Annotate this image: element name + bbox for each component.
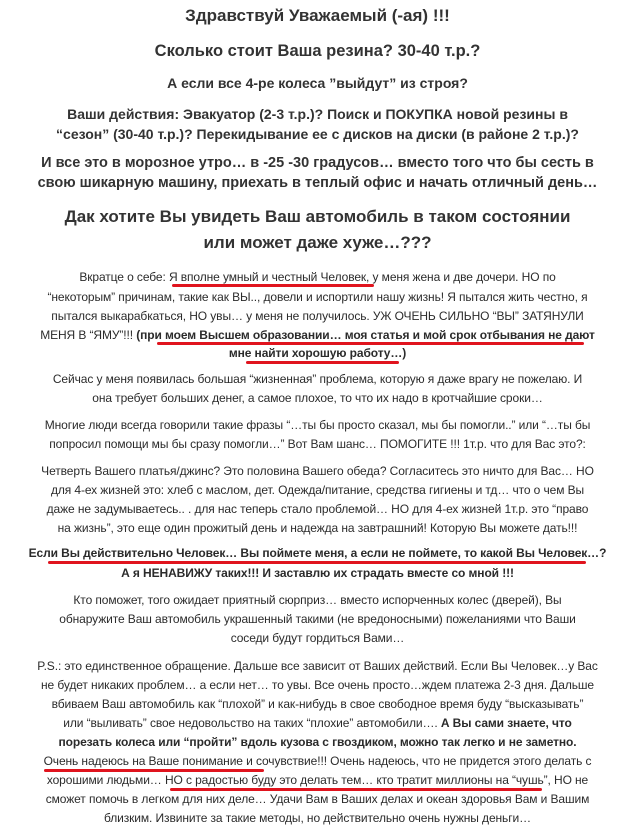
closing-line-3: сможет помочь в легком для них деле… Уда…: [0, 792, 635, 806]
closing-hope-rest: !!! Очень надеюсь, что не придется этого…: [317, 754, 591, 768]
about-family: у меня жена и две дочери. НО по: [369, 270, 555, 284]
price-question-heading: Сколько стоит Ваша резина? 30-40 т.р.?: [0, 42, 635, 61]
threat-heading-line-2: или может даже хуже…???: [0, 233, 635, 253]
quarter-line-3: даже не задумываетесь.. . для нас теперь…: [0, 502, 635, 516]
problem-line-1: Сейчас у меня появилась большая “жизненн…: [0, 372, 635, 386]
about-pit: МЕНЯ В “ЯМУ”!!!: [40, 328, 136, 342]
about-line-1: Вкратце о себе: Я вполне умный и честный…: [0, 270, 635, 284]
surprise-line-2: обнаружите Ваш автомобиль украшенный так…: [0, 612, 635, 626]
red-underline: [246, 361, 399, 364]
ps-line-4: или “выливать” свое недовольство на таки…: [0, 716, 635, 730]
surprise-line-3: соседи будут гордиться Вами…: [0, 631, 635, 645]
threat-heading-line-1: Дак хотите Вы увидеть Ваш автомобиль в т…: [0, 207, 635, 227]
human-line-1: Если Вы действительно Человек… Вы поймет…: [0, 546, 635, 560]
about-education: (при моем Высшем образовании… моя статья…: [136, 328, 595, 342]
about-line-5: мне найти хорошую работу…): [0, 346, 635, 360]
about-underlined-phrase: Я вполне умный и честный Человек,: [169, 270, 369, 284]
morning-line-1: И все это в морозное утро… в -25 -30 гра…: [0, 155, 635, 171]
about-intro: Вкратце о себе:: [79, 270, 169, 284]
closing-people: хорошими людьми…: [47, 773, 165, 787]
red-underline: [172, 284, 374, 287]
quarter-line-4: на жизнь”, это еще один прожитый день и …: [0, 521, 635, 535]
closing-line-1: Очень надеюсь на Ваше понимание и сочувс…: [0, 754, 635, 768]
people-line-1: Многие люди всегда говорили такие фразы …: [0, 418, 635, 432]
human-line-2: А я НЕНАВИЖУ таких!!! И заставлю их стра…: [0, 566, 635, 580]
closing-line-2: хорошими людьми… НО с радостью буду это …: [0, 773, 635, 787]
actions-line-2: “сезон” (30-40 т.р.)? Перекидывание ее с…: [0, 126, 635, 142]
people-line-2: попросил помощи мы бы сразу помогли…” Во…: [0, 437, 635, 451]
about-line-2: “некоторым” причинам, такие как ВЫ.., до…: [0, 290, 635, 304]
surprise-line-1: Кто поможет, того ожидает приятный сюрпр…: [0, 593, 635, 607]
red-underline: [170, 788, 542, 791]
closing-line-4: близким. Извините за такие методы, но де…: [0, 811, 635, 825]
greeting-heading: Здравствуй Уважаемый (-ая) !!!: [0, 6, 635, 26]
wheels-question-heading: А если все 4-ре колеса ”выйдут” из строя…: [0, 75, 635, 91]
ps-line-1: P.S.: это единственное обращение. Дальше…: [0, 659, 635, 673]
ps-line-5: порезать колеса или “пройти” вдоль кузов…: [0, 735, 635, 749]
red-underline: [157, 342, 584, 345]
red-underline: [48, 561, 586, 564]
ps-line-3: вбиваем Ваш автомобиль как “плохой” и ка…: [0, 697, 635, 711]
about-line-4: МЕНЯ В “ЯМУ”!!! (при моем Высшем образов…: [0, 328, 635, 342]
ps-line-2: не будет никаких проблем… а если нет… то…: [0, 678, 635, 692]
quarter-line-2: для 4-ех жизней это: хлеб с маслом, дет.…: [0, 483, 635, 497]
morning-line-2: свою шикарную машину, приехать в теплый …: [0, 175, 635, 191]
ps-know: А Вы сами знаете, что: [441, 716, 572, 730]
closing-cannot: , НО не: [548, 773, 589, 787]
red-underline: [44, 769, 264, 772]
quarter-line-1: Четверть Вашего платья/джинс? Это полови…: [0, 464, 635, 478]
actions-line-1: Ваши действия: Эвакуатор (2-3 т.р.)? Пои…: [0, 106, 635, 122]
problem-line-2: она требует больших денег, а самое плохо…: [0, 391, 635, 405]
closing-hope: Очень надеюсь на Ваше понимание и сочувс…: [44, 754, 318, 768]
closing-millions: НО с радостью буду это делать тем… кто т…: [165, 773, 548, 787]
about-line-3: пытался выкарабкаться, НО увы… у меня не…: [0, 309, 635, 323]
ps-pour: или “выливать” свое недовольство на таки…: [63, 716, 441, 730]
